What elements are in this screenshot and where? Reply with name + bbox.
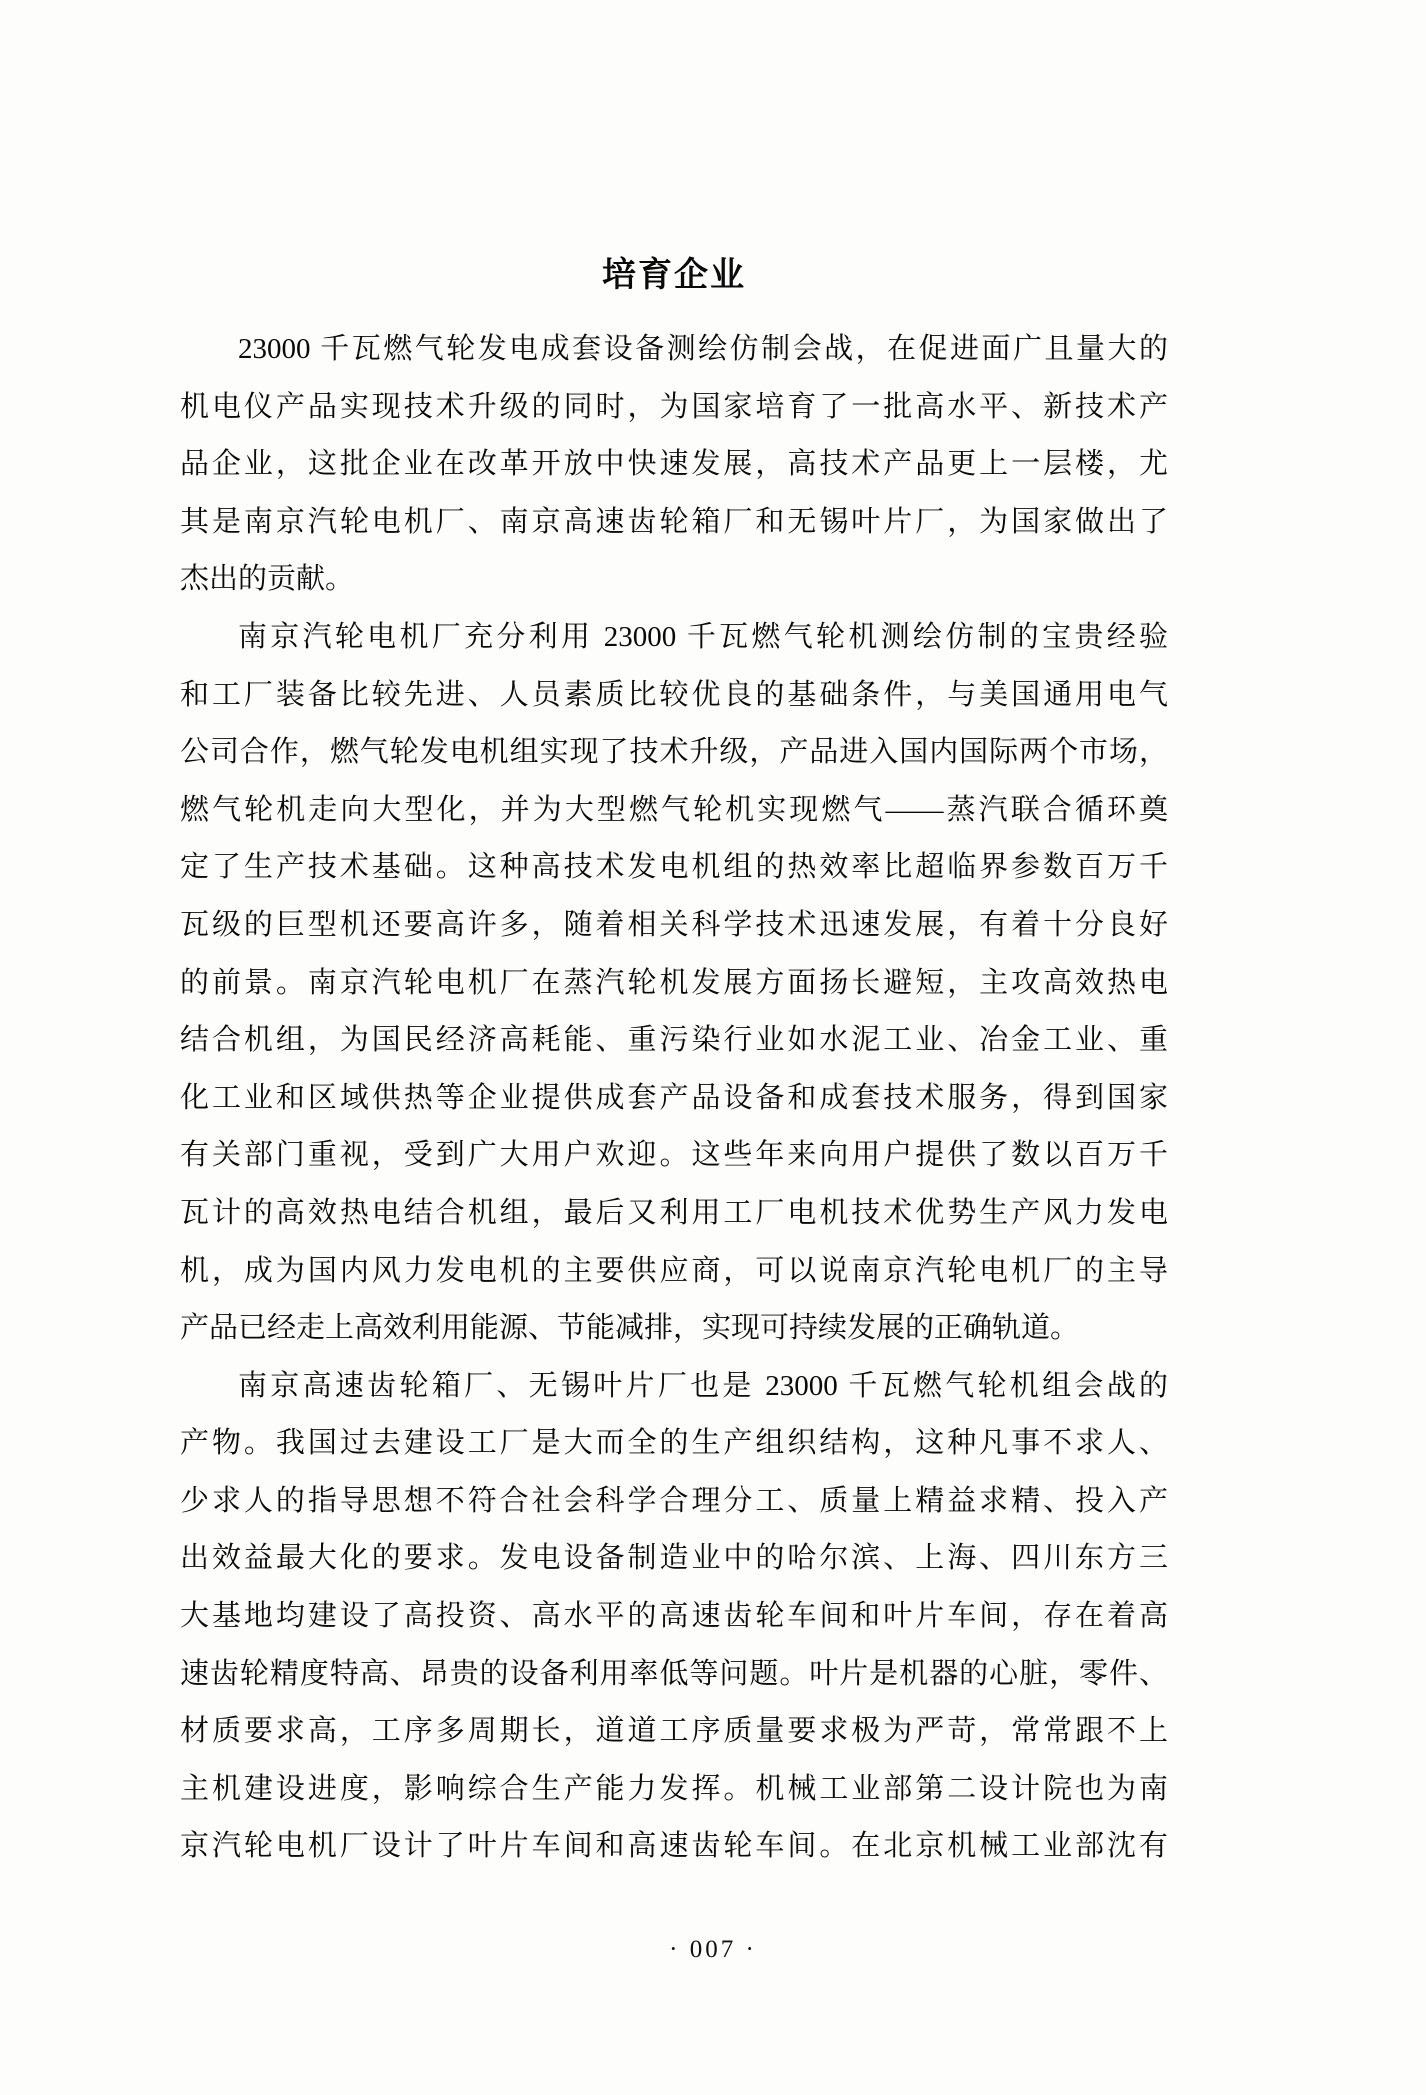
text-line: 公司合作，燃气轮发电机组实现了技术升级，产品进入国内国际两个市场， [180, 724, 1168, 782]
text-line: 结合机组，为国民经济高耗能、重污染行业如水泥工业、冶金工业、重 [180, 1012, 1168, 1070]
paragraph-1: 23000 千瓦燃气轮发电成套设备测绘仿制会战，在促进面广且量大的 机电仪产品实… [180, 321, 1168, 609]
text-line: 少求人的指导思想不符合社会科学合理分工、质量上精益求精、投入产 [180, 1473, 1168, 1531]
text-line: 杰出的贡献。 [180, 551, 1168, 609]
text-line: 产物。我国过去建设工厂是大而全的生产组织结构，这种凡事不求人、 [180, 1415, 1168, 1473]
text-column: 培育企业 23000 千瓦燃气轮发电成套设备测绘仿制会战，在促进面广且量大的 机… [180, 253, 1168, 1876]
text-line: 速齿轮精度特高、昂贵的设备利用率低等问题。叶片是机器的心脏，零件、 [180, 1646, 1168, 1704]
text-line: 燃气轮机走向大型化，并为大型燃气轮机实现燃气——蒸汽联合循环奠 [180, 782, 1168, 840]
text-line: 23000 千瓦燃气轮发电成套设备测绘仿制会战，在促进面广且量大的 [180, 321, 1168, 379]
paragraph-3: 南京高速齿轮箱厂、无锡叶片厂也是 23000 千瓦燃气轮机组会战的 产物。我国过… [180, 1358, 1168, 1876]
chapter-title: 培育企业 [180, 253, 1168, 297]
text-line: 机，成为国内风力发电机的主要供应商，可以说南京汽轮电机厂的主导 [180, 1243, 1168, 1301]
text-line: 的前景。南京汽轮电机厂在蒸汽轮机发展方面扬长避短，主攻高效热电 [180, 955, 1168, 1013]
text-line: 产品已经走上高效利用能源、节能减排，实现可持续发展的正确轨道。 [180, 1300, 1168, 1358]
text-line: 瓦计的高效热电结合机组，最后又利用工厂电机技术优势生产风力发电 [180, 1185, 1168, 1243]
document-page: 培育企业 23000 千瓦燃气轮发电成套设备测绘仿制会战，在促进面广且量大的 机… [0, 0, 1426, 2095]
text-line: 其是南京汽轮电机厂、南京高速齿轮箱厂和无锡叶片厂，为国家做出了 [180, 494, 1168, 552]
text-line: 南京汽轮电机厂充分利用 23000 千瓦燃气轮机测绘仿制的宝贵经验 [180, 609, 1168, 667]
text-line: 出效益最大化的要求。发电设备制造业中的哈尔滨、上海、四川东方三 [180, 1530, 1168, 1588]
text-line: 化工业和区域供热等企业提供成套产品设备和成套技术服务，得到国家 [180, 1070, 1168, 1128]
text-line: 和工厂装备比较先进、人员素质比较优良的基础条件，与美国通用电气 [180, 667, 1168, 725]
text-line: 品企业，这批企业在改革开放中快速发展，高技术产品更上一层楼，尤 [180, 436, 1168, 494]
text-line: 主机建设进度，影响综合生产能力发挥。机械工业部第二设计院也为南 [180, 1761, 1168, 1819]
text-line: 京汽轮电机厂设计了叶片车间和高速齿轮车间。在北京机械工业部沈有 [180, 1818, 1168, 1876]
text-line: 大基地均建设了高投资、高水平的高速齿轮车间和叶片车间，存在着高 [180, 1588, 1168, 1646]
paragraph-2: 南京汽轮电机厂充分利用 23000 千瓦燃气轮机测绘仿制的宝贵经验 和工厂装备比… [180, 609, 1168, 1358]
text-line: 有关部门重视，受到广大用户欢迎。这些年来向用户提供了数以百万千 [180, 1127, 1168, 1185]
text-line: 瓦级的巨型机还要高许多，随着相关科学技术迅速发展，有着十分良好 [180, 897, 1168, 955]
text-line: 定了生产技术基础。这种高技术发电机组的热效率比超临界参数百万千 [180, 839, 1168, 897]
text-line: 材质要求高，工序多周期长，道道工序质量要求极为严苛，常常跟不上 [180, 1703, 1168, 1761]
text-line: 南京高速齿轮箱厂、无锡叶片厂也是 23000 千瓦燃气轮机组会战的 [180, 1358, 1168, 1416]
text-line: 机电仪产品实现技术升级的同时，为国家培育了一批高水平、新技术产 [180, 379, 1168, 437]
page-number: · 007 · [0, 1934, 1426, 1966]
